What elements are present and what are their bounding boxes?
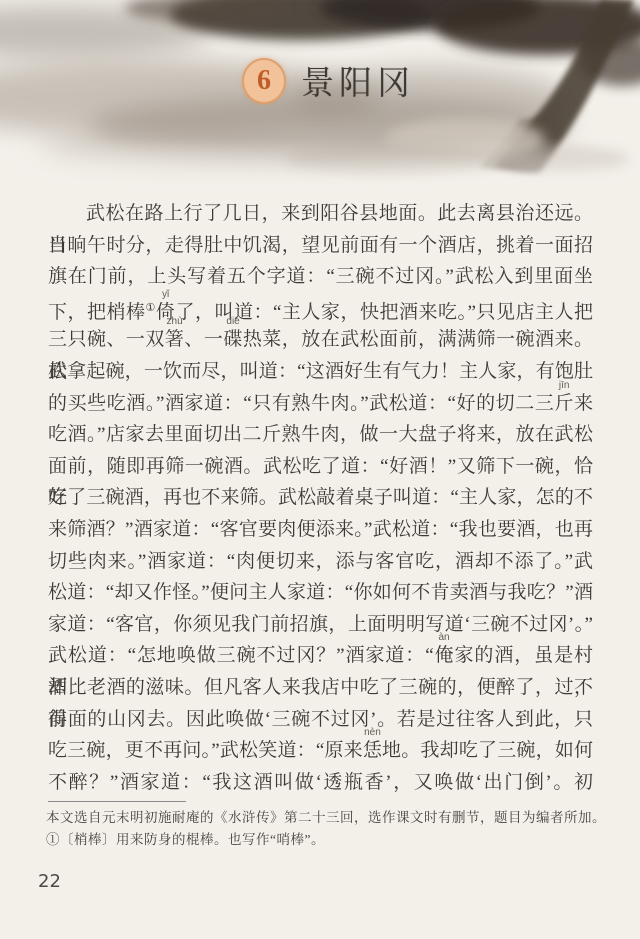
body-line: 切些肉来。”酒家道：“肉便切来，添与客官吃，酒却不添了。”武 xyxy=(48,546,593,578)
pinyin-annotated-char: zhù箸 xyxy=(165,329,184,350)
pinyin-annotated-char: dié碟 xyxy=(223,329,242,350)
pinyin-label: jīn xyxy=(559,381,570,391)
footnote-source: 本文选自元末明初施耐庵的《水浒传》第二十三回，选作课文时有删节，题目为编者所加。 xyxy=(46,807,606,829)
footnote-block: 本文选自元末明初施耐庵的《水浒传》第二十三回，选作课文时有删节，题目为编者所加。… xyxy=(46,807,606,850)
lesson-number: 6 xyxy=(257,65,271,97)
pinyin-annotated-char: jīn斤 xyxy=(554,393,574,414)
lesson-header: 6 景阳冈 xyxy=(242,57,415,104)
body-text: 武松在路上行了几日，来到阳谷县地面。此去离县治还远。当日晌午时分，走得肚中饥渴，… xyxy=(48,198,593,798)
pinyin-annotated-char: nèn恁 xyxy=(363,740,382,761)
lesson-number-badge: 6 xyxy=(242,58,286,104)
body-line: 来筛酒？”酒家道：“客官要肉便添来。”武松道：“我也要酒，也再 xyxy=(48,514,593,546)
body-line: 日晌午时分，走得肚中饥渴，望见前面有一个酒店，挑着一面招 xyxy=(48,230,593,262)
body-line: 的买些吃酒。”酒家道：“只有熟牛肉。”武松道：“好的切二三jīn斤来 xyxy=(48,388,593,420)
body-line: 三只碗、一双zhù箸、一dié碟热菜，放在武松面前，满满筛一碗酒来。武 xyxy=(48,324,593,356)
body-line: 前面的山冈去。因此唤做‘三碗不过冈’。若是过往客人到此，只 xyxy=(48,704,593,736)
textbook-page: 6 景阳冈 武松在路上行了几日，来到阳谷县地面。此去离县治还远。当日晌午时分，走… xyxy=(0,0,640,939)
body-line: 家道：“客官，你须见我门前招旗，上面明明写道‘三碗不过冈’。” xyxy=(48,609,593,641)
body-line: 旗在门前，上头写着五个字道：“三碗不过冈。”武松入到里面坐 xyxy=(48,261,593,293)
pinyin-annotated-char: àn俺 xyxy=(434,645,455,666)
body-line: 面前，随即再筛一碗酒。武松吃了道：“好酒！”又筛下一碗，恰好 xyxy=(48,451,593,483)
pinyin-label: dié xyxy=(226,317,239,327)
pinyin-label: àn xyxy=(439,633,450,643)
body-line: 却比老酒的滋味。但凡客人来我店中吃了三碗的，便醉了，过不得 xyxy=(48,672,593,704)
lesson-title: 景阳冈 xyxy=(301,57,415,104)
pinyin-label: zhù xyxy=(167,317,183,327)
body-line: 武松在路上行了几日，来到阳谷县地面。此去离县治还远。当 xyxy=(48,198,593,230)
page-number: 22 xyxy=(38,871,61,892)
footnote-marker: ① xyxy=(146,302,156,314)
footnote-separator xyxy=(48,801,186,802)
pinyin-label: nèn xyxy=(364,728,381,738)
body-line: 吃酒。”店家去里面切出二斤熟牛肉，做一大盘子将来，放在武松 xyxy=(48,419,593,451)
footnote-note: ①〔梢棒〕用来防身的棍棒。也写作“哨棒”。 xyxy=(46,829,606,851)
pinyin-label: yǐ xyxy=(162,290,169,300)
body-line: 吃三碗，更不再问。”武松笑道：“原来nèn恁地。我却吃了三碗，如何 xyxy=(48,735,593,767)
body-line: 松道：“却又作怪。”便问主人家道：“你如何不肯卖酒与我吃？”酒 xyxy=(48,577,593,609)
body-line: 吃了三碗酒，再也不来筛。武松敲着桌子叫道：“主人家，怎的不 xyxy=(48,482,593,514)
body-line: 武松道：“怎地唤做三碗不过冈？”酒家道：“àn俺家的酒，虽是村酒， xyxy=(48,640,593,672)
body-line: 松拿起碗，一饮而尽，叫道：“这酒好生有气力！主人家，有饱肚 xyxy=(48,356,593,388)
body-line: 不醉？”酒家道：“我这酒叫做‘透瓶香’，又唤做‘出门倒’。初 xyxy=(48,767,593,799)
body-line: 下，把梢棒①yǐ倚了，叫道：“主人家，快把酒来吃。”只见店主人把 xyxy=(48,293,593,325)
